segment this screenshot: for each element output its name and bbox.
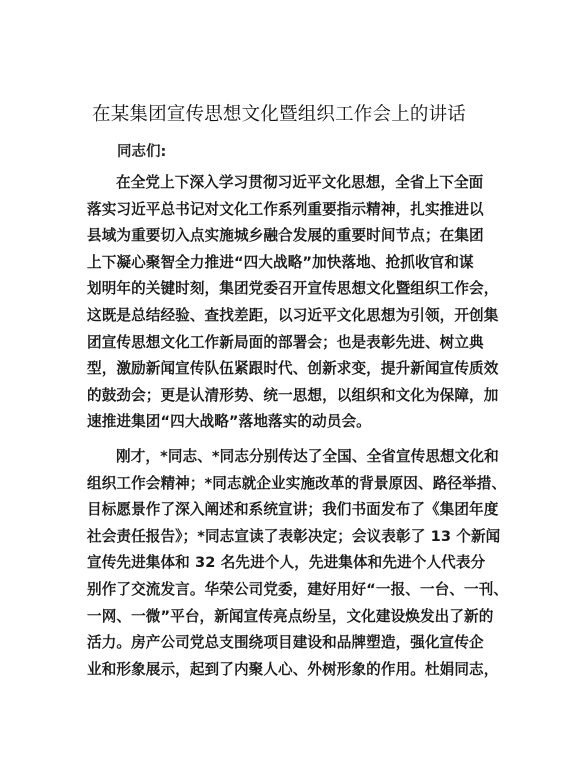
paragraph-line: 刚才，*同志、*同志分别传达了全国、全省宣传思想文化和 — [87, 444, 507, 471]
paragraph-line: 社会责任报告》；*同志宣读了表彰决定；会议表彰了 13 个新闻 — [87, 524, 507, 551]
paragraph-line: 落实习近平总书记对文化工作系列重要指示精神，扎实推进以 — [87, 197, 507, 224]
paragraph-line: 宣传先进集体和 32 名先进个人，先进集体和先进个人代表分 — [87, 550, 507, 577]
paragraph-line: 目标愿景作了深入阐述和系统宣讲；我们书面发布了《集团年度 — [87, 497, 507, 524]
paragraph-line: 业和形象展示，起到了内聚人心、外树形象的作用。杜娟同志， — [87, 657, 507, 684]
paragraph-line: 别作了交流发言。华荣公司党委，建好用好“一报、一台、一刊、 — [87, 577, 507, 604]
paragraph-opening: 在全党上下深入学习贯彻习近平文化思想，全省上下全面 落实习近平总书记对文化工作系… — [87, 170, 507, 436]
paragraph-line: 县域为重要切入点实施城乡融合发展的重要时间节点；在集团 — [87, 223, 507, 250]
paragraph-line: 型，激励新闻宣传队伍紧跟时代、创新求变，提升新闻宣传质效 — [87, 356, 507, 383]
paragraph-line: 团宣传思想文化工作新局面的部署会；也是表彰先进、树立典 — [87, 330, 507, 357]
paragraph-line: 上下凝心聚智全力推进“四大战略”加快落地、抢抓收官和谋 — [87, 250, 507, 277]
paragraph-line: 划明年的关键时刻，集团党委召开宣传思想文化暨组织工作会， — [87, 276, 507, 303]
paragraph-line: 这既是总结经验、查找差距，以习近平文化思想为引领，开创集 — [87, 303, 507, 330]
paragraph-line: 组织工作会精神；*同志就企业实施改革的背景原因、路径举措、 — [87, 471, 507, 498]
document-title: 在某集团宣传思想文化暨组织工作会上的讲话 — [92, 102, 512, 128]
paragraph-review: 刚才，*同志、*同志分别传达了全国、全省宣传思想文化和 组织工作会精神；*同志就… — [87, 444, 507, 683]
salutation: 同志们: — [117, 142, 166, 162]
paragraph-line: 速推进集团“四大战略”落地落实的动员会。 — [87, 409, 507, 436]
paragraph-line: 的鼓劲会；更是认清形势、统一思想，以组织和文化为保障，加 — [87, 383, 507, 410]
document-page: 在某集团宣传思想文化暨组织工作会上的讲话 同志们: 在全党上下深入学习贯彻习近平… — [0, 0, 586, 759]
paragraph-line: 活力。房产公司党总支围绕项目建设和品牌塑造，强化宣传企 — [87, 630, 507, 657]
paragraph-line: 在全党上下深入学习贯彻习近平文化思想，全省上下全面 — [87, 170, 507, 197]
paragraph-line: 一网、一微”平台，新闻宣传亮点纷呈，文化建设焕发出了新的 — [87, 604, 507, 631]
